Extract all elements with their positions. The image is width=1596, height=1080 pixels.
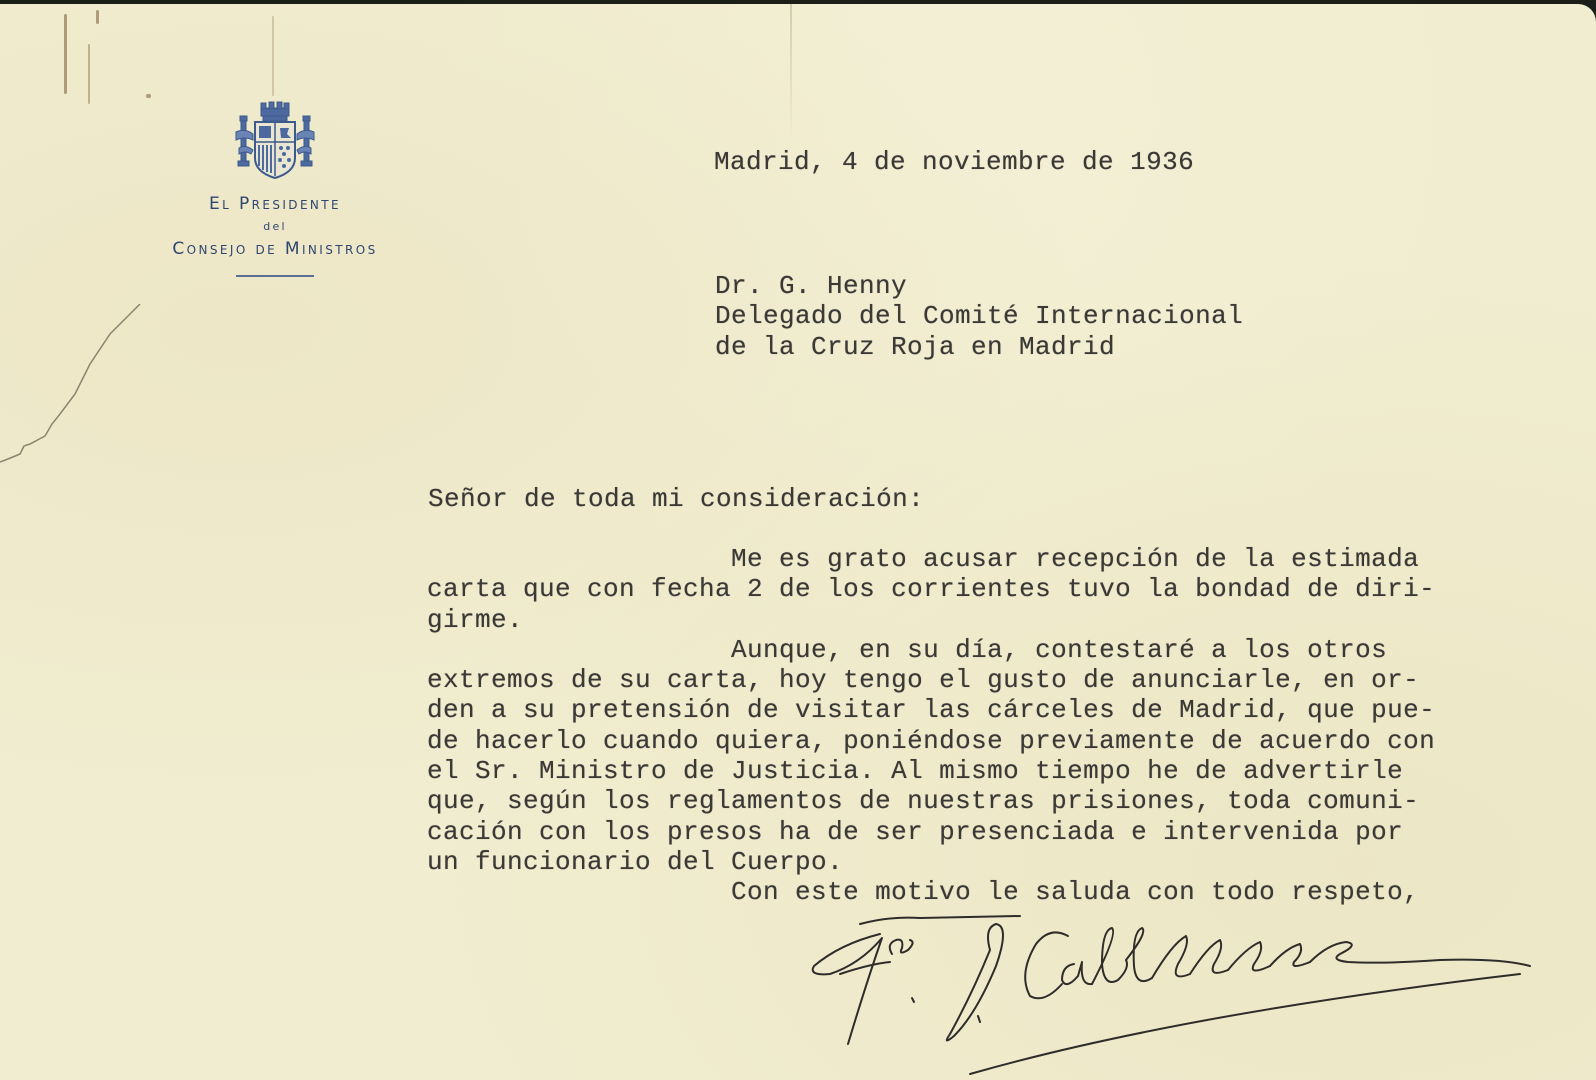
paper-fold	[790, 4, 792, 144]
body-line: den a su pretensión de visitar las cárce…	[427, 695, 1435, 725]
letterhead-office: Consejo de Ministros	[100, 239, 450, 259]
paper-tear	[0, 304, 170, 474]
body-line: que, según los reglamentos de nuestras p…	[427, 786, 1435, 816]
body-line: de hacerlo cuando quiera, poniéndose pre…	[427, 726, 1435, 756]
stain-mark	[64, 14, 67, 94]
stain-mark	[88, 44, 90, 104]
letterhead-title: El Presidente	[100, 194, 450, 214]
letterhead: El Presidente del Consejo de Ministros	[100, 100, 450, 277]
body-line: un funcionario del Cuerpo.	[427, 847, 1435, 877]
recipient-title-2: de la Cruz Roja en Madrid	[715, 332, 1243, 362]
salutation: Señor de toda mi consideración:	[428, 484, 924, 514]
letterhead-connector: del	[100, 220, 450, 233]
letter-body: Me es grato acusar recepción de la estim…	[427, 544, 1435, 908]
body-line: cación con los presos ha de ser presenci…	[427, 817, 1435, 847]
letterhead-rule	[236, 275, 314, 277]
recipient-name: Dr. G. Henny	[715, 271, 1243, 301]
recipient-block: Dr. G. HennyDelegado del Comité Internac…	[715, 271, 1243, 362]
stain-mark	[272, 16, 274, 96]
body-line: carta que con fecha 2 de los corrientes …	[427, 574, 1435, 604]
stain-mark	[146, 94, 151, 98]
body-line: Aunque, en su día, contestaré a los otro…	[427, 635, 1435, 665]
stain-mark	[96, 10, 99, 24]
letter-paper: El Presidente del Consejo de Ministros M…	[0, 4, 1596, 1080]
body-line: Me es grato acusar recepción de la estim…	[427, 544, 1435, 574]
body-line: extremos de su carta, hoy tengo el gusto…	[427, 665, 1435, 695]
date-line: Madrid, 4 de noviembre de 1936	[714, 147, 1194, 177]
spanish-coat-of-arms-icon	[233, 100, 317, 184]
body-line: el Sr. Ministro de Justicia. Al mismo ti…	[427, 756, 1435, 786]
recipient-title-1: Delegado del Comité Internacional	[715, 301, 1243, 331]
body-line: girme.	[427, 605, 1435, 635]
handwritten-signature-icon	[800, 904, 1560, 1080]
